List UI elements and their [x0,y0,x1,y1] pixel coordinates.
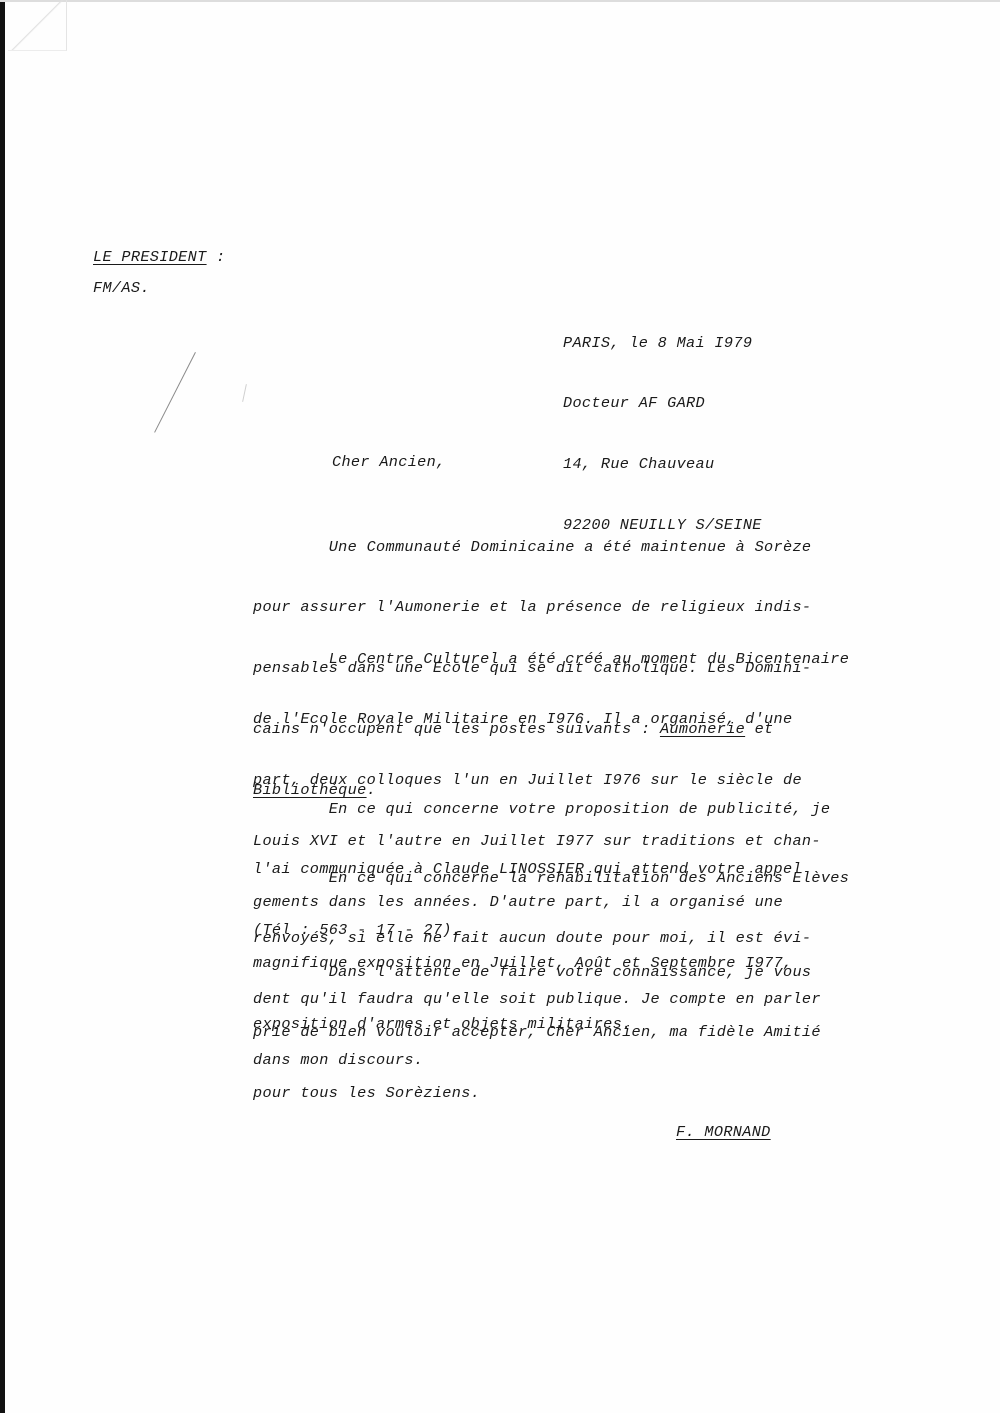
folded-corner [8,0,67,51]
sender-title: LE PRESIDENT : [93,247,226,267]
paragraph-line: pour tous les Sorèziens. [253,1083,993,1103]
paragraph-line: Dans l'attente de faire votre connaissan… [253,962,993,982]
paragraph-line: En ce qui concerne votre proposition de … [253,799,993,819]
paragraph-line: Le Centre Culturel a été créé au moment … [253,649,993,669]
paragraph-line: Une Communauté Dominicaine a été mainten… [253,537,993,557]
paragraph-line: de l'Ecole Royale Militaire en I976. Il … [253,709,993,729]
salutation: Cher Ancien, [332,452,446,472]
sender-title-colon: : [207,248,226,266]
place-date: PARIS, le 8 Mai I979 [563,333,762,353]
reference-code: FM/AS. [93,278,150,298]
recipient-name: Docteur AF GARD [563,393,762,413]
paragraph-line: prie de bien vouloir accepter, Cher Anci… [253,1022,993,1042]
recipient-street: 14, Rue Chauveau [563,454,762,474]
scan-edge [0,0,5,1413]
paragraph-line: En ce qui concerne la réhabilitation des… [253,868,993,888]
paragraph-closing: Dans l'attente de faire votre connaissan… [253,921,993,1144]
sender-title-text: LE PRESIDENT [93,248,207,266]
scan-top-edge [0,0,1000,2]
pen-stroke-mark [154,352,196,433]
faint-pen-mark [242,384,247,402]
letter-page: LE PRESIDENT : FM/AS. PARIS, le 8 Mai I9… [0,0,1000,1413]
signature: F. MORNAND [676,1122,771,1142]
